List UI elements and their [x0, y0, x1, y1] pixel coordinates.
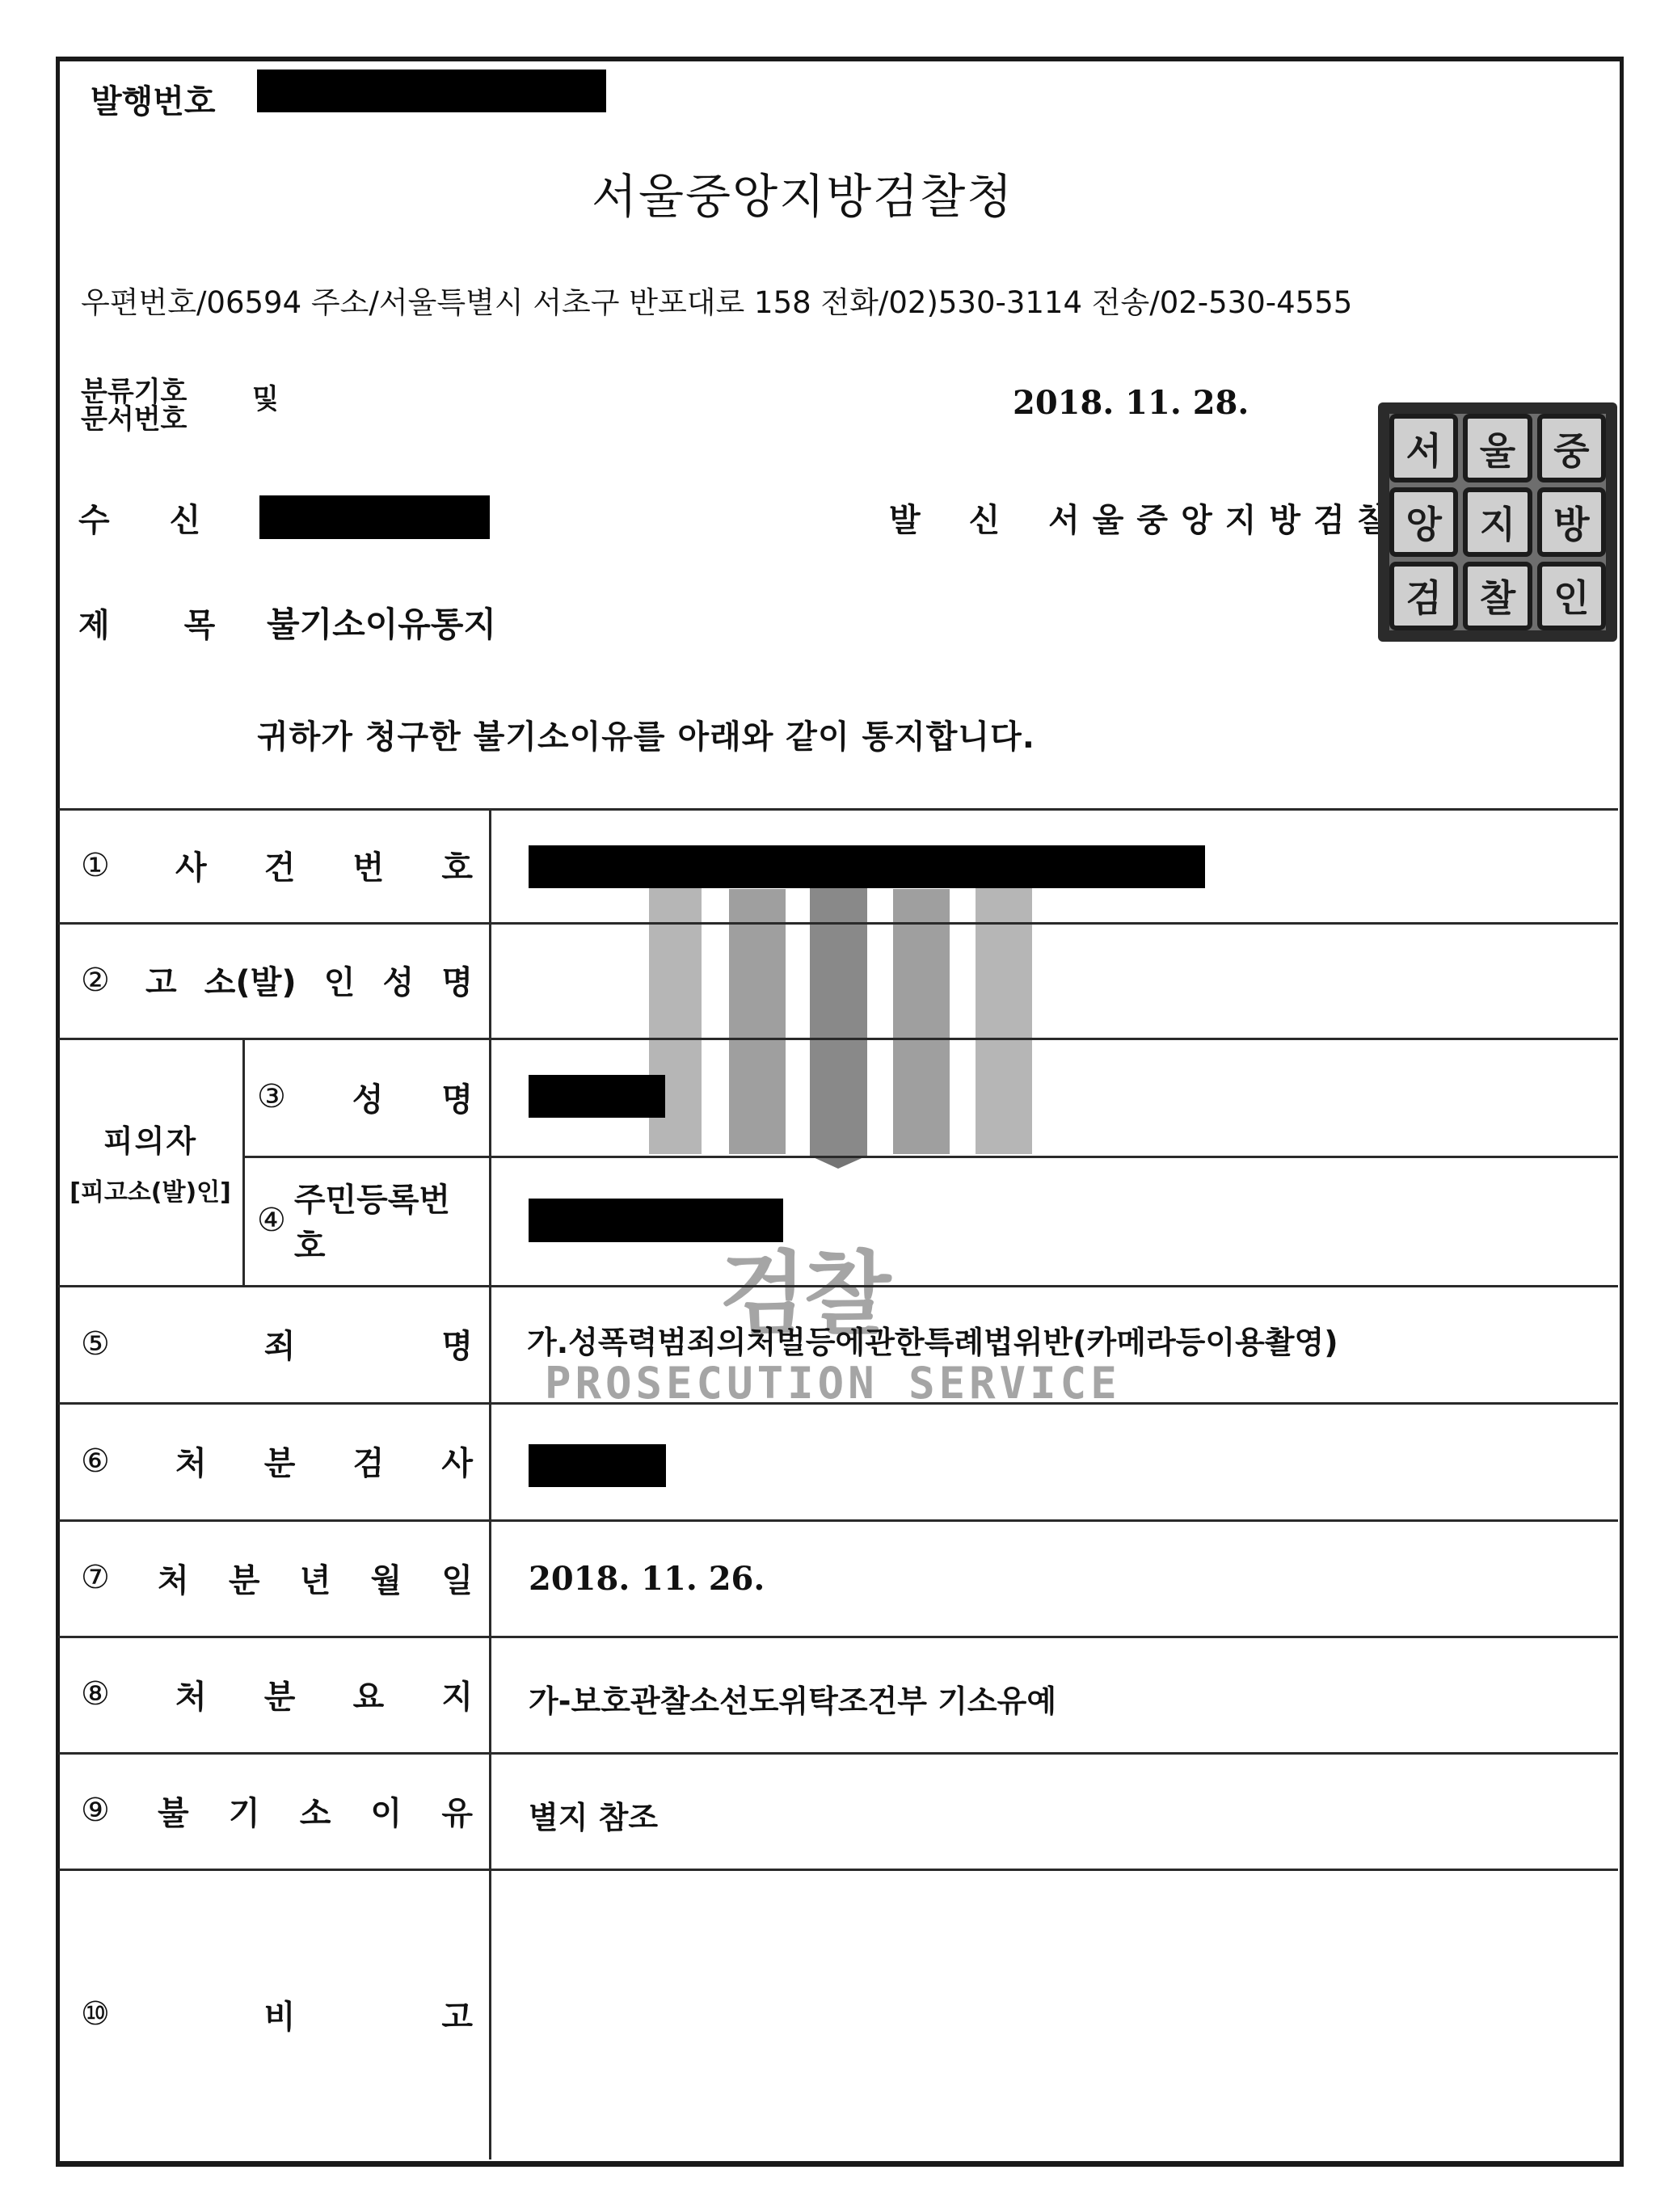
row-label-text: 죄: [264, 1321, 296, 1367]
crime-name-value: 가.성폭력범죄의처벌등에관한특례법위반(카메라등이용촬영): [527, 1317, 1338, 1362]
prosecutor-redacted: [529, 1444, 666, 1487]
recipient-redacted: [259, 495, 490, 539]
sender-label: 발 신: [889, 502, 1013, 539]
suspect-group-subtitle: [피고소(발)인]: [70, 1172, 231, 1207]
row-label-text: 불: [158, 1788, 189, 1834]
document-date: 2018. 11. 28.: [1013, 384, 1249, 422]
group-column-divider: [242, 1038, 245, 1285]
row-label-text: 분: [264, 1438, 296, 1484]
row-label-text: 이: [371, 1788, 402, 1834]
classification-label-line1: 분류기호: [81, 378, 187, 406]
subject-value: 불기소이유통지: [267, 598, 496, 647]
seal-character: 중: [1537, 414, 1606, 482]
subject-label: 제 목: [78, 600, 215, 646]
row-label: ⑨불기소이유: [81, 1752, 473, 1869]
row-label-text: 명: [441, 957, 473, 1003]
row-label-text: 분: [229, 1555, 260, 1601]
row-label: ④주민등록번호: [257, 1156, 473, 1285]
row-number: ④: [257, 1202, 286, 1239]
row-label-text: 기: [229, 1788, 260, 1834]
seal-character: 앙: [1389, 487, 1458, 556]
row-label-text: 소: [300, 1788, 331, 1834]
row-number: ③: [257, 1078, 286, 1115]
seal-character: 인: [1537, 562, 1606, 630]
row-number: ⑦: [81, 1559, 110, 1596]
row-label-text: 고: [145, 957, 177, 1003]
row-label-text: 월: [371, 1555, 402, 1601]
row-label-text: 소(발): [204, 957, 297, 1003]
row-label-text: 성: [383, 957, 415, 1003]
agency-title: 서울중앙지방검찰청: [592, 158, 1013, 226]
row-label-text: 명: [441, 1074, 473, 1120]
recipient-label: 수 신: [78, 495, 200, 541]
non-prosecution-reason-value: 별지 참조: [529, 1793, 658, 1837]
row-label-text: 사: [441, 1438, 473, 1484]
row-label-text: 유: [441, 1788, 473, 1834]
watermark-bar: [893, 889, 950, 1154]
suspect-group-title: 피의자: [103, 1116, 197, 1161]
row-label: ⑦처분년월일: [81, 1519, 473, 1636]
row-label-text: 번: [353, 842, 385, 888]
seal-character: 지: [1463, 487, 1532, 556]
seal-character: 찰: [1463, 562, 1532, 630]
resident-id-redacted: [529, 1199, 783, 1242]
row-label: ①사건번호: [81, 808, 473, 922]
official-seal: 서울중앙지방검찰인: [1378, 402, 1617, 642]
classification-conj: 및: [252, 377, 279, 416]
seal-character: 방: [1537, 487, 1606, 556]
row-label-text: 사: [175, 842, 207, 888]
disposition-summary-value: 가-보호관찰소선도위탁조건부 기소유예: [529, 1676, 1056, 1721]
seal-character: 서: [1389, 414, 1458, 482]
row-label-text: 일: [441, 1555, 473, 1601]
row-label-text: 명: [441, 1321, 473, 1367]
row-label-text: 분: [264, 1671, 296, 1717]
label-column-divider: [489, 808, 491, 2159]
row-number: ⑩: [81, 1995, 110, 2033]
row-label-text: 주민등록번호: [294, 1174, 473, 1266]
seal-character: 울: [1463, 414, 1532, 482]
row-label-text: 처: [175, 1671, 207, 1717]
issue-no-label: 발행번호: [91, 76, 216, 122]
case-number-redacted: [529, 845, 1205, 888]
row-label-text: 지: [441, 1671, 473, 1717]
row-number: ⑥: [81, 1443, 110, 1480]
row-number: ⑤: [81, 1325, 110, 1363]
row-label: ⑥처분검사: [81, 1402, 473, 1519]
row-label-text: 고: [441, 1991, 473, 2037]
suspect-group-label: 피의자[피고소(발)인]: [58, 1038, 242, 1285]
row-number: ⑨: [81, 1792, 110, 1829]
disposition-date-value: 2018. 11. 26.: [529, 1560, 765, 1598]
watermark-english: PROSECUTION SERVICE: [545, 1358, 1121, 1409]
row-label-text: 인: [324, 957, 356, 1003]
classification-label-line2: 문서번호: [81, 406, 187, 433]
row-label-text: 검: [353, 1438, 385, 1484]
row-number: ①: [81, 847, 110, 884]
seal-grid: 서울중앙지방검찰인: [1389, 414, 1606, 630]
row-label-text: 년: [300, 1555, 331, 1601]
watermark-bar: [729, 889, 786, 1154]
row-label-text: 비: [264, 1991, 296, 2037]
intro-text: 귀하가 청구한 불기소이유를 아래와 같이 통지합니다.: [257, 711, 1035, 757]
row-number: ⑧: [81, 1675, 110, 1713]
row-label-text: 호: [441, 842, 473, 888]
row-label: ②고소(발)인성명: [81, 922, 473, 1038]
row-label: ⑩비고: [81, 1869, 473, 2159]
row-label-text: 건: [264, 842, 296, 888]
row-label-text: 성: [352, 1074, 384, 1120]
row-label-text: 요: [353, 1671, 385, 1717]
row-label-text: 처: [175, 1438, 207, 1484]
seal-character: 검: [1389, 562, 1458, 630]
address-line: 우편번호/06594 주소/서울특별시 서초구 반포대로 158 전화/02)5…: [81, 278, 1352, 322]
row-number: ②: [81, 962, 110, 999]
issue-no-redacted: [257, 70, 606, 112]
classification-label: 분류기호 문서번호: [81, 378, 187, 433]
row-label: ③성명: [257, 1038, 473, 1156]
row-label-text: 처: [158, 1555, 189, 1601]
row-label: ⑤죄명: [81, 1285, 473, 1402]
row-label: ⑧처분요지: [81, 1636, 473, 1752]
suspect-name-redacted: [529, 1075, 665, 1118]
